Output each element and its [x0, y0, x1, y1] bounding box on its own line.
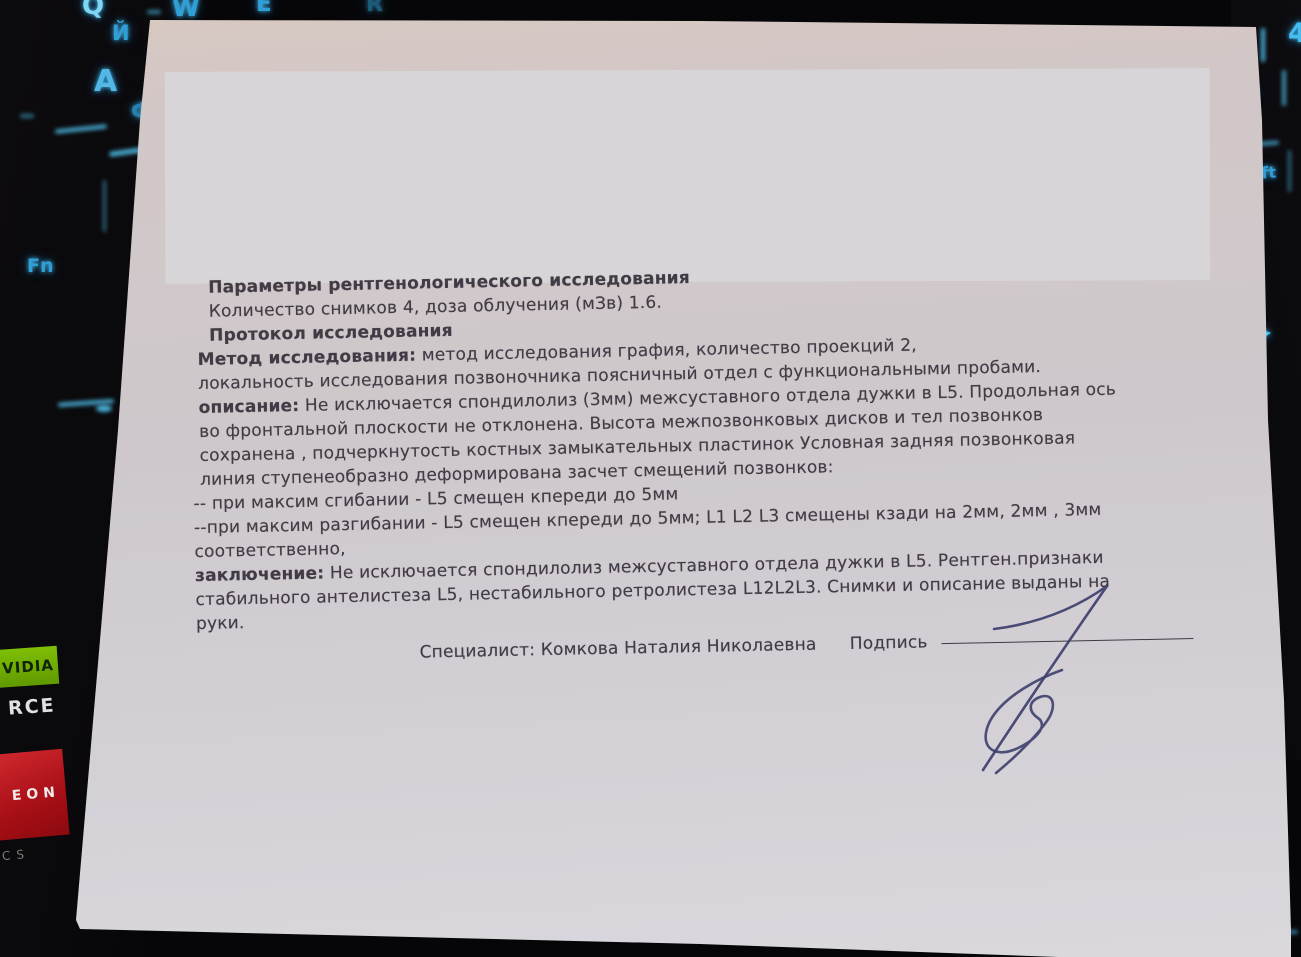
signature-label: Подпись — [850, 632, 928, 654]
key-w: W — [172, 0, 200, 22]
key-backlight-glow — [1282, 70, 1286, 106]
key-backlight-glow — [103, 180, 106, 232]
key-backlight-glow — [147, 10, 161, 14]
key-fn: Fn — [27, 255, 54, 277]
key-backlight-glow — [96, 405, 112, 412]
photo-scene: Q Й W E R А Ф Fn Enter 4 Shift ➤ VIDIA R… — [0, 0, 1301, 957]
sticker-partial-text: CS — [1, 847, 30, 863]
key-4: 4 — [1288, 18, 1301, 49]
key-r: R — [366, 0, 383, 17]
key-a: А — [94, 64, 117, 99]
handwritten-signature — [930, 555, 1240, 790]
key-ji: Й — [112, 21, 130, 45]
redacted-area — [165, 68, 1211, 284]
specialist-label: Специалист: — [419, 640, 535, 662]
key-e: E — [256, 0, 272, 17]
paper-document: Параметры рентгенологического исследован… — [0, 0, 1301, 957]
key-q: Q — [82, 0, 104, 21]
radeon-logo: EON — [0, 749, 70, 841]
specialist-name: Комкова Наталия Николаевна — [541, 635, 817, 661]
nvidia-logo: VIDIA — [0, 646, 59, 689]
key-backlight-glow — [1261, 28, 1265, 62]
geforce-logo: RCE — [7, 694, 56, 719]
key-backlight-glow — [1288, 150, 1291, 192]
key-backlight-glow — [20, 114, 34, 118]
